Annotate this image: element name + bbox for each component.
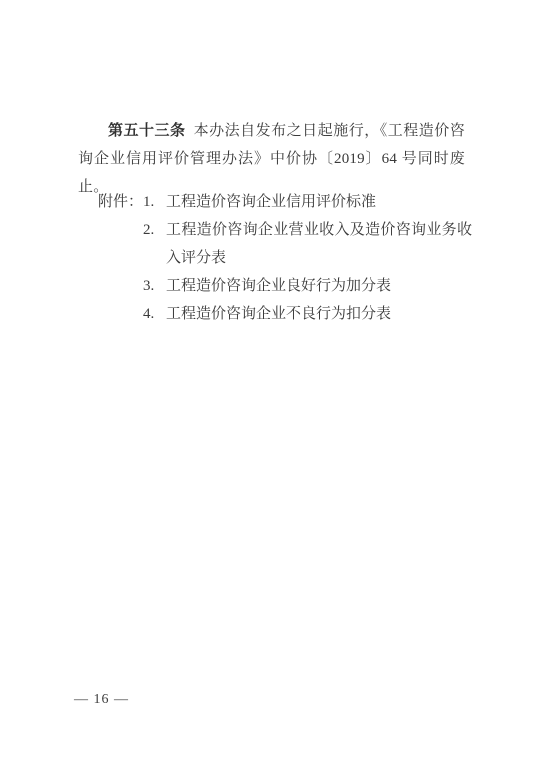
attachment-item-text: 工程造价咨询企业信用评价标准 <box>166 188 472 216</box>
attachment-item-text: 工程造价咨询企业良好行为加分表 <box>166 272 472 300</box>
document-page: 第五十三条本办法自发布之日起施行，《工程造价咨询企业信用评价管理办法》中价协〔2… <box>0 0 543 768</box>
attachment-item-number: 4. <box>143 300 166 328</box>
attachments-label: 附件： <box>98 188 143 216</box>
clause-title: 第五十三条 <box>108 123 186 139</box>
attachment-item: 2. 工程造价咨询企业营业收入及造价咨询业务收入评分表 <box>143 216 472 272</box>
attachment-item: 4. 工程造价咨询企业不良行为扣分表 <box>143 300 472 328</box>
attachment-item-number: 3. <box>143 272 166 300</box>
attachment-item-text: 工程造价咨询企业不良行为扣分表 <box>166 300 472 328</box>
attachment-item: 3. 工程造价咨询企业良好行为加分表 <box>143 272 472 300</box>
page-number: — 16 — <box>74 692 129 708</box>
attachment-item-number: 1. <box>143 188 166 216</box>
attachments-block: 附件： 1. 工程造价咨询企业信用评价标准 2. 工程造价咨询企业营业收入及造价… <box>98 188 472 328</box>
attachment-item-number: 2. <box>143 216 166 244</box>
attachment-item: 1. 工程造价咨询企业信用评价标准 <box>143 188 472 216</box>
attachment-list: 1. 工程造价咨询企业信用评价标准 2. 工程造价咨询企业营业收入及造价咨询业务… <box>143 188 472 328</box>
attachment-item-text: 工程造价咨询企业营业收入及造价咨询业务收入评分表 <box>166 216 472 272</box>
